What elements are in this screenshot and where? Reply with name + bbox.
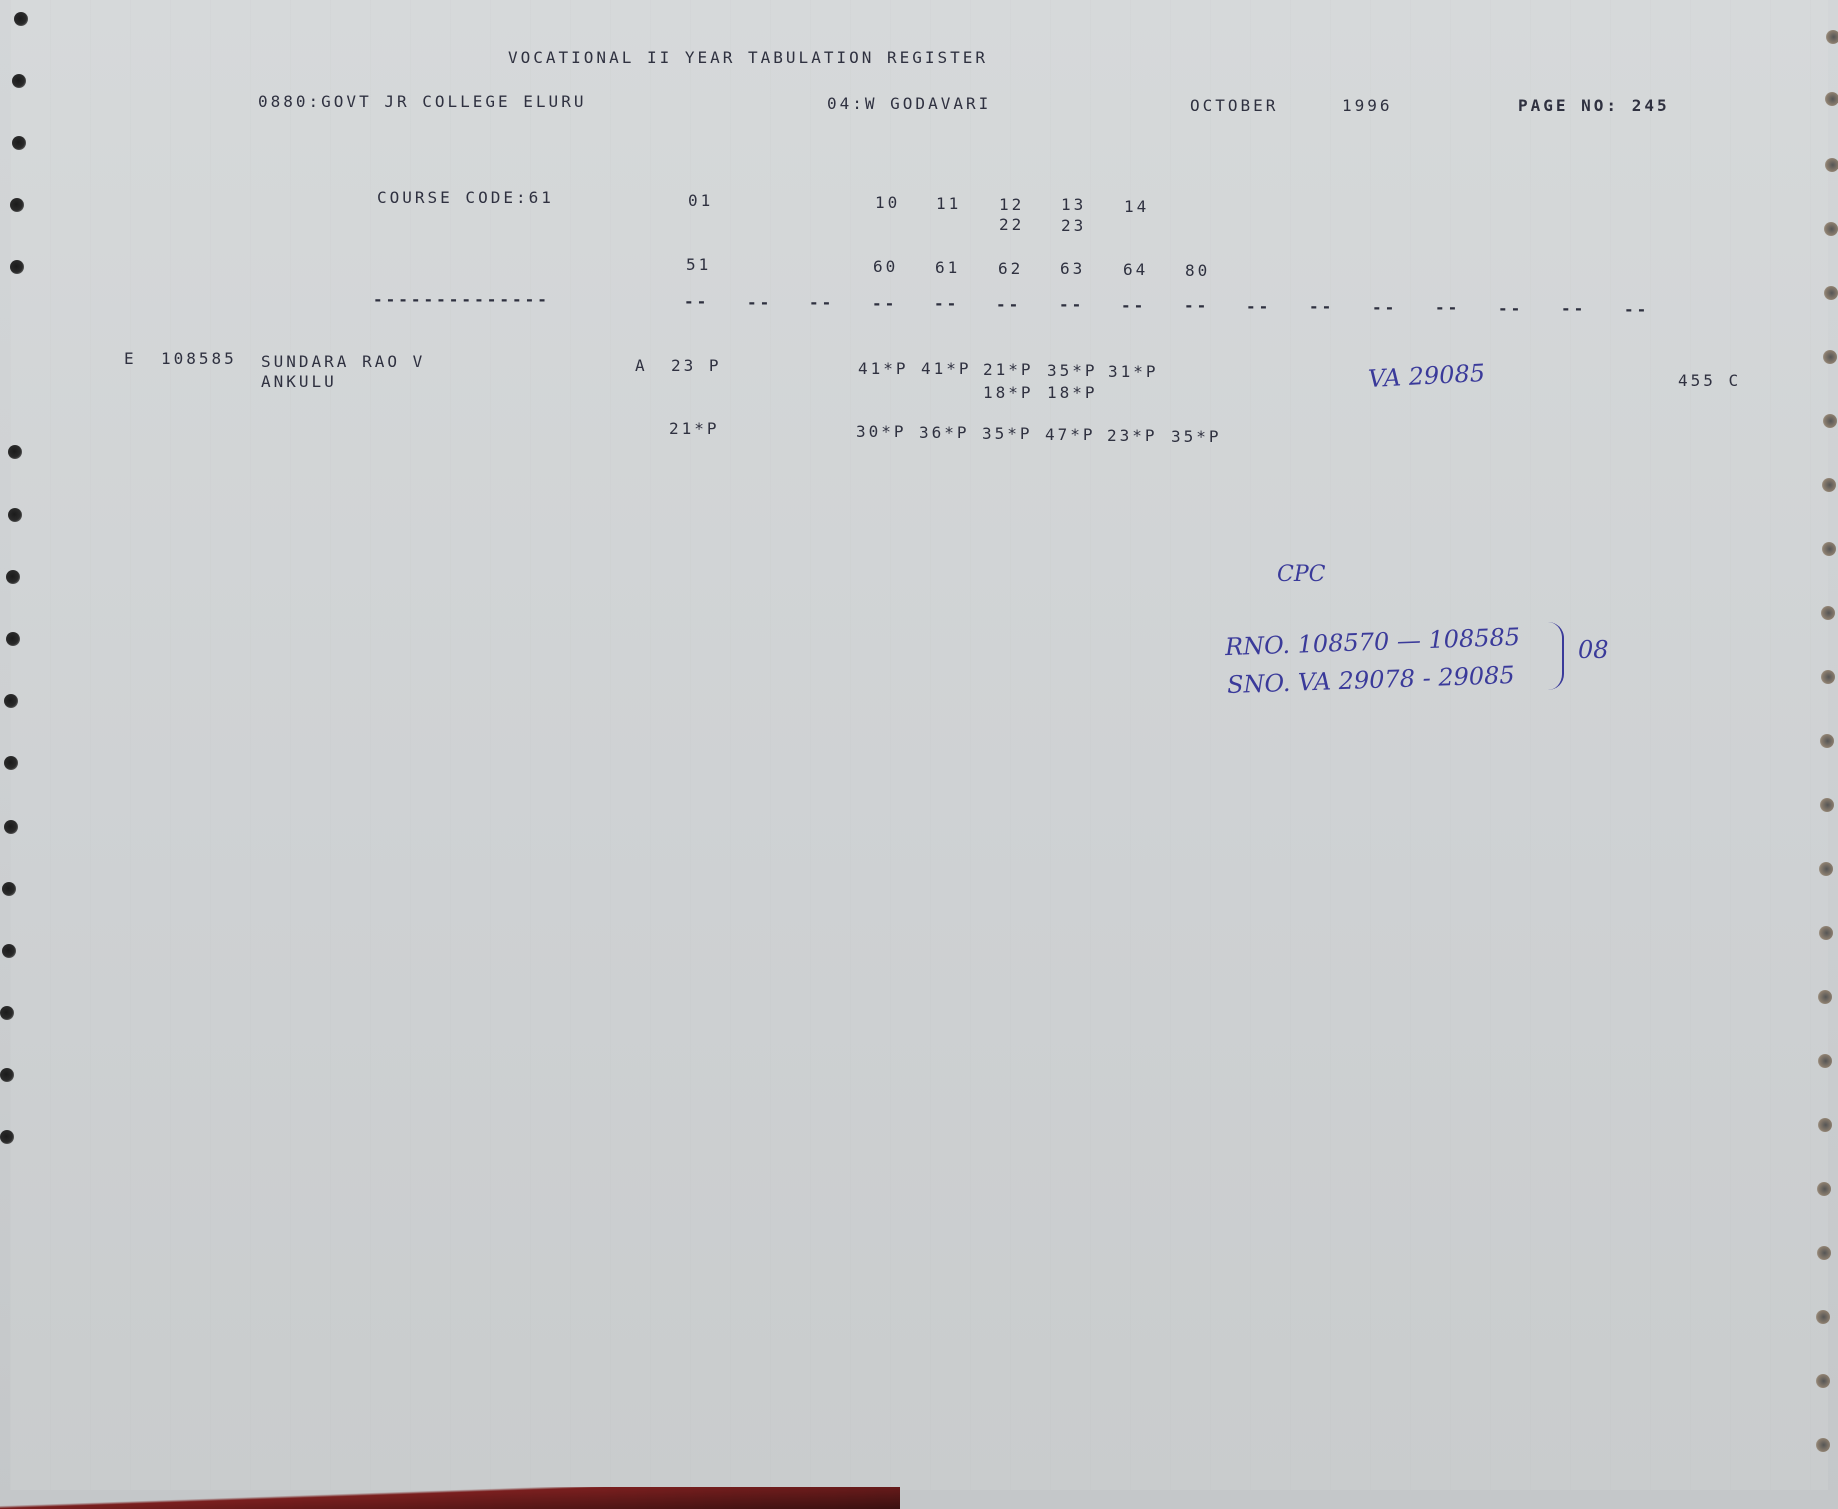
mark-64: 23*P	[1107, 426, 1158, 445]
mark-23: 18*P	[1047, 383, 1098, 402]
subject-code-23: 23	[1061, 216, 1086, 235]
subject-code-62: 62	[998, 259, 1023, 278]
college-name: 0880:GOVT JR COLLEGE ELURU	[258, 92, 586, 111]
subject-code-12: 12	[999, 195, 1024, 214]
exam-year: 1996	[1342, 96, 1393, 115]
student-name-line1: SUNDARA RAO V	[261, 352, 425, 371]
mark-62: 35*P	[982, 424, 1033, 443]
mark-14: 31*P	[1108, 362, 1159, 381]
subject-code-63: 63	[1060, 259, 1085, 278]
subject-code-13: 13	[1061, 195, 1086, 214]
mark-11: 41*P	[921, 359, 972, 378]
subject-code-22: 22	[999, 215, 1024, 234]
mark-61: 36*P	[919, 423, 970, 442]
tabulation-sheet	[10, 0, 1828, 1490]
mark-60: 30*P	[856, 422, 907, 441]
mark-12: 21*P	[983, 360, 1034, 379]
mark-22: 18*P	[983, 383, 1034, 402]
exam-month: OCTOBER	[1190, 96, 1278, 115]
group-label: CPC	[1277, 562, 1325, 587]
mark-80: 35*P	[1171, 427, 1222, 446]
student-name-line2: ANKULU	[261, 372, 337, 391]
district-name: 04:W GODAVARI	[827, 94, 991, 113]
subject-code-51: 51	[686, 255, 711, 274]
subject-code-80: 80	[1185, 261, 1210, 280]
brace-icon	[1548, 622, 1564, 690]
mark-10: 41*P	[858, 359, 909, 378]
register-title: VOCATIONAL II YEAR TABULATION REGISTER	[508, 48, 988, 67]
header-underline: --------------	[373, 290, 550, 309]
page-number: PAGE NO: 245	[1518, 96, 1670, 115]
total-marks-class: 455 C	[1678, 371, 1741, 390]
subject-code-60: 60	[873, 257, 898, 276]
medium: E	[124, 349, 137, 368]
table-edge	[0, 1487, 900, 1509]
course-code: COURSE CODE:61	[377, 188, 554, 207]
mark-51: 21*P	[669, 419, 720, 438]
subject-code-10: 10	[875, 193, 900, 212]
record-count: 08	[1578, 636, 1609, 664]
grade-flag: A	[635, 356, 648, 375]
mark-13: 35*P	[1047, 361, 1098, 380]
subject-code-14: 14	[1124, 197, 1149, 216]
mark-01: 23 P	[671, 356, 722, 375]
roll-number: 108585	[161, 349, 237, 368]
subject-code-61: 61	[935, 258, 960, 277]
mark-63: 47*P	[1045, 425, 1096, 444]
subject-code-64: 64	[1123, 260, 1148, 279]
subject-code-11: 11	[936, 194, 961, 213]
subject-code-01: 01	[688, 191, 713, 210]
